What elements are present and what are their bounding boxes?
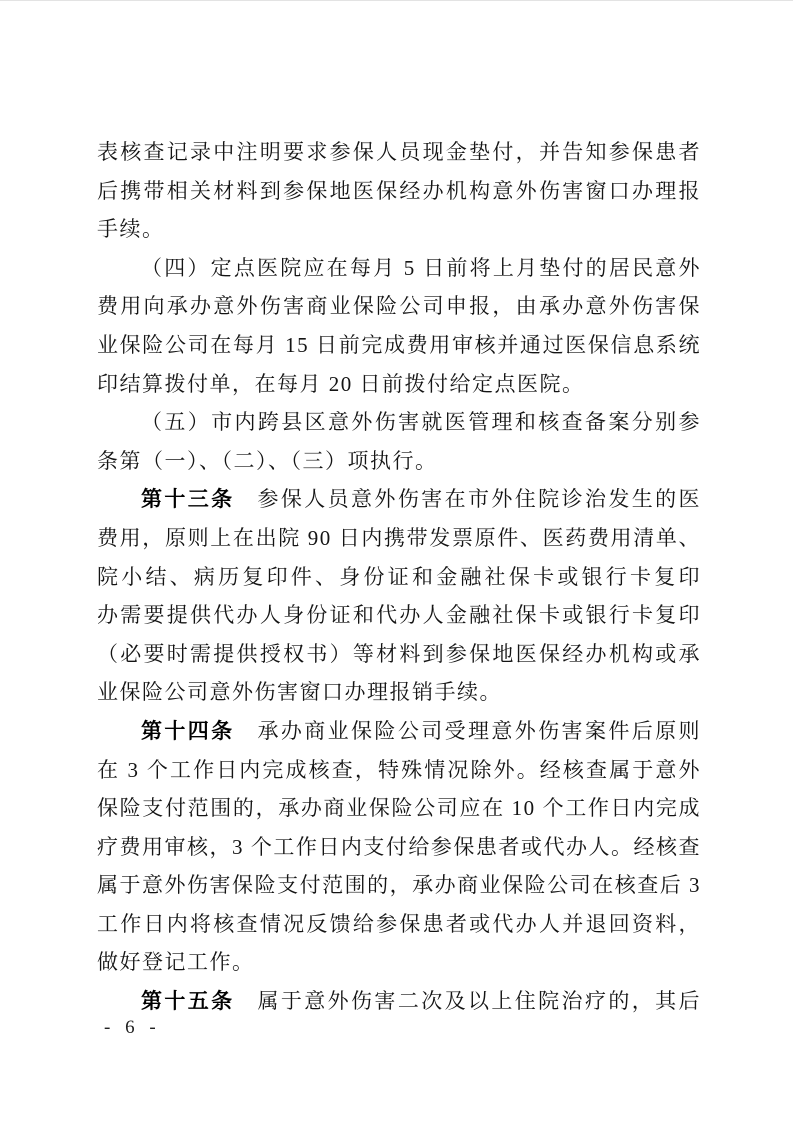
text-line: （必要时需提供授权书）等材料到参保地医保经办机构或承办商 (97, 635, 701, 674)
text-line: 业保险公司意外伤害窗口办理报销手续。 (97, 673, 701, 712)
text-line: 保险支付范围的，承办商业保险公司应在 10 个工作日内完成医 (97, 789, 701, 828)
text-line: （五）市内跨县区意外伤害就医管理和核查备案分别参照本 (97, 403, 701, 442)
text-segment: 办需要提供代办人身份证和代办人金融社保卡或银行卡复印件 (97, 603, 701, 635)
text-segment: 费用，原则上在出院 90 日内携带发票原件、医药费用清单、出 (97, 526, 701, 558)
article-heading: 第十四条 (141, 719, 235, 743)
text-line: 条第（一）、（二）、（三）项执行。 (97, 442, 701, 481)
text-line: 第十四条承办商业保险公司受理意外伤害案件后原则上 (97, 712, 701, 751)
text-line: 疗费用审核，3 个工作日内支付给参保患者或代办人。经核查不 (97, 828, 701, 867)
text-segment: （四）定点医院应在每月 5 日前将上月垫付的居民意外伤害 (141, 256, 701, 288)
scan-edge-line (0, 0, 793, 1)
text-segment: 手续。 (97, 217, 165, 241)
text-line: 后携带相关材料到参保地医保经办机构意外伤害窗口办理报销 (97, 172, 701, 211)
text-segment: 条第（一）、（二）、（三）项执行。 (97, 449, 438, 473)
text-segment: 属于意外伤害保险支付范围的，承办商业保险公司在核查后 3 个 (97, 873, 701, 905)
text-line: 印结算拨付单，在每月 20 日前拨付给定点医院。 (97, 365, 701, 404)
text-segment: 后携带相关材料到参保地医保经办机构意外伤害窗口办理报销 (97, 179, 701, 211)
text-line: 第十五条属于意外伤害二次及以上住院治疗的，其后续住 (97, 982, 701, 1021)
text-line: 院小结、病历复印件、身份证和金融社保卡或银行卡复印件，代 (97, 558, 701, 597)
text-line: 工作日内将核查情况反馈给参保患者或代办人并退回资料，同时 (97, 905, 701, 944)
text-segment: 业保险公司意外伤害窗口办理报销手续。 (97, 680, 502, 704)
page-number: - 6 - (104, 1013, 161, 1043)
text-line: 做好登记工作。 (97, 943, 701, 982)
text-line: 在 3 个工作日内完成核查，特殊情况除外。经核查属于意外伤害 (97, 751, 701, 790)
text-segment: 工作日内将核查情况反馈给参保患者或代办人并退回资料，同时 (97, 912, 701, 944)
text-segment: 表核查记录中注明要求参保人员现金垫付，并告知参保患者出院 (97, 140, 701, 172)
article-heading: 第十五条 (141, 989, 235, 1013)
text-line: 办需要提供代办人身份证和代办人金融社保卡或银行卡复印件 (97, 596, 701, 635)
document-body: 表核查记录中注明要求参保人员现金垫付，并告知参保患者出院后携带相关材料到参保地医… (97, 133, 701, 1021)
text-segment: 印结算拨付单，在每月 20 日前拨付给定点医院。 (97, 372, 585, 396)
text-segment: 业保险公司在每月 15 日前完成费用审核并通过医保信息系统打 (97, 333, 701, 365)
text-line: 费用向承办意外伤害商业保险公司申报，由承办意外伤害保险商 (97, 287, 701, 326)
text-line: （四）定点医院应在每月 5 日前将上月垫付的居民意外伤害 (97, 249, 701, 288)
text-segment: 做好登记工作。 (97, 950, 255, 974)
text-line: 业保险公司在每月 15 日前完成费用审核并通过医保信息系统打 (97, 326, 701, 365)
text-line: 费用，原则上在出院 90 日内携带发票原件、医药费用清单、出 (97, 519, 701, 558)
text-segment: 保险支付范围的，承办商业保险公司应在 10 个工作日内完成医 (97, 796, 701, 828)
text-segment: （必要时需提供授权书）等材料到参保地医保经办机构或承办商 (97, 642, 701, 674)
text-segment: 院小结、病历复印件、身份证和金融社保卡或银行卡复印件，代 (97, 565, 701, 597)
text-segment: 在 3 个工作日内完成核查，特殊情况除外。经核查属于意外伤害 (97, 758, 701, 790)
text-segment: 疗费用审核，3 个工作日内支付给参保患者或代办人。经核查不 (97, 835, 701, 867)
article-heading: 第十三条 (141, 487, 235, 511)
text-line: 第十三条参保人员意外伤害在市外住院诊治发生的医疗 (97, 480, 701, 519)
text-segment: 费用向承办意外伤害商业保险公司申报，由承办意外伤害保险商 (97, 294, 701, 326)
text-line: 手续。 (97, 210, 701, 249)
document-page: 表核查记录中注明要求参保人员现金垫付，并告知参保患者出院后携带相关材料到参保地医… (0, 0, 793, 1122)
text-line: 属于意外伤害保险支付范围的，承办商业保险公司在核查后 3 个 (97, 866, 701, 905)
text-segment: （五）市内跨县区意外伤害就医管理和核查备案分别参照本 (141, 410, 701, 442)
text-line: 表核查记录中注明要求参保人员现金垫付，并告知参保患者出院 (97, 133, 701, 172)
